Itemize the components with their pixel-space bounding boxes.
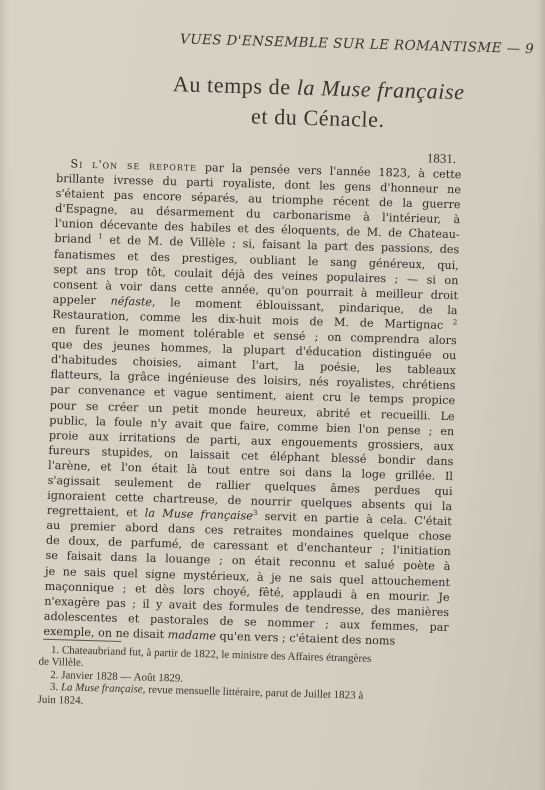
footnotes: 1. Chateaubriand fut, à partir de 1822, … — [37, 644, 449, 717]
running-head: VUES D'ENSEMBLE SUR LE ROMANTISME — 9 — [180, 31, 500, 56]
body-paragraph: Si l'on se reporte par la pensée vers l'… — [43, 156, 461, 650]
book-page: VUES D'ENSEMBLE SUR LE ROMANTISME — 9 Au… — [0, 0, 545, 790]
chapter-date: 1831. — [427, 150, 457, 167]
title-italic: la Muse française — [296, 75, 464, 105]
chapter-title: Au temps de la Muse française et du Céna… — [108, 67, 530, 139]
title-prefix: Au temps de — [173, 71, 298, 99]
